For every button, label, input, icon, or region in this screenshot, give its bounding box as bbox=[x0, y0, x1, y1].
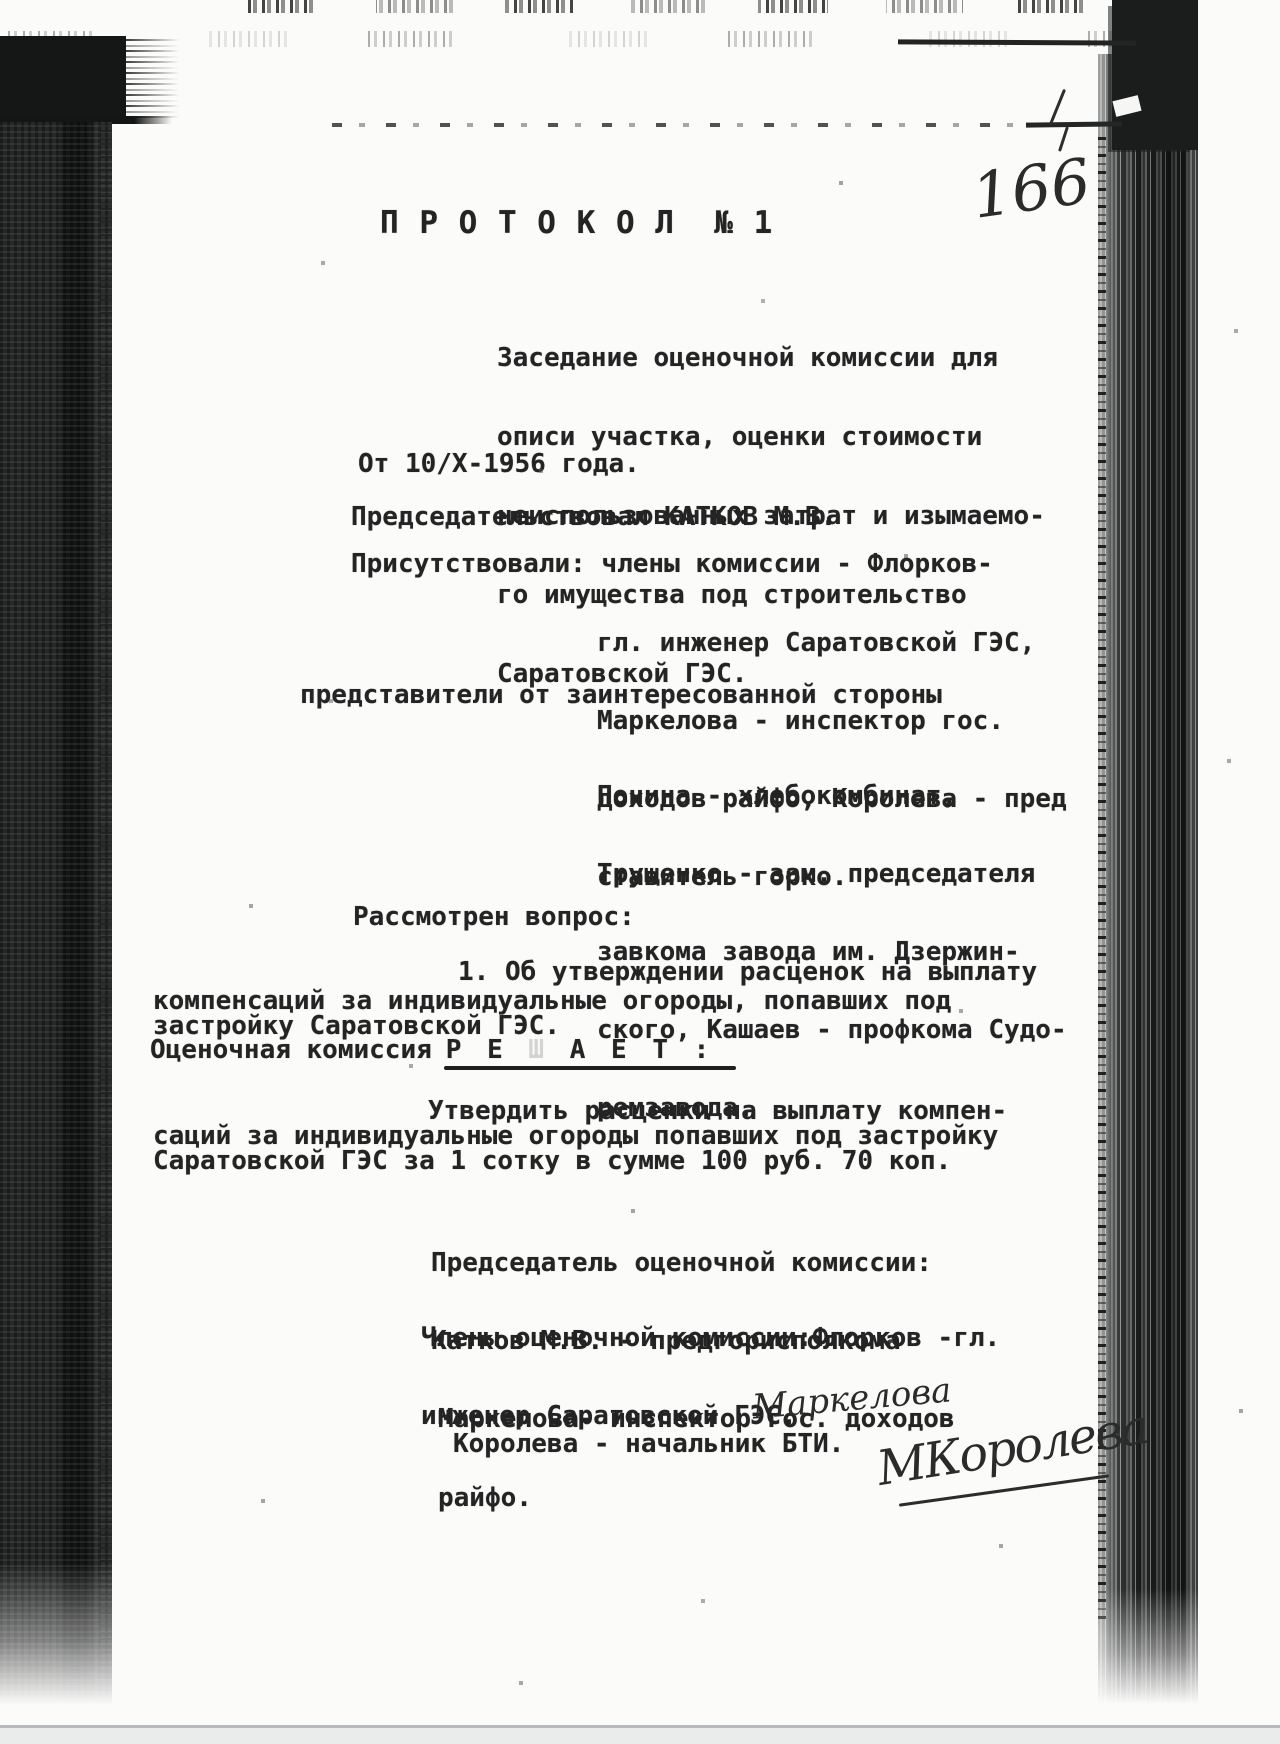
scan-left-edge bbox=[0, 122, 112, 1705]
scan-fringe bbox=[126, 38, 184, 118]
decision-lead: Оценочная комиссия bbox=[150, 1035, 432, 1065]
intro-line: Заседание оценочной комиссии для bbox=[497, 345, 1045, 372]
question-line: 1. Об утверждении расценок на выплату bbox=[458, 959, 1037, 985]
decision-underline bbox=[444, 1066, 736, 1070]
scan-notch bbox=[1112, 95, 1141, 117]
koroleva-title-line: Королева - начальник БТИ. bbox=[453, 1431, 844, 1457]
scan-bottom-strip bbox=[0, 1728, 1280, 1744]
decision-word-part: Р Е bbox=[446, 1035, 529, 1065]
representatives-list: Понина - хлебокомбинат, Трущенко - зам. … bbox=[597, 731, 1067, 1147]
scan-noise-top bbox=[248, 0, 1148, 13]
scan-right-corner-block bbox=[1112, 0, 1198, 150]
scan-speckles bbox=[0, 0, 2, 2]
representatives-heading: представители от заинтересованной сторон… bbox=[300, 682, 942, 708]
representative-line: Трущенко - зам. председателя bbox=[597, 861, 1067, 887]
decision-word-part: А Е Т : bbox=[549, 1035, 714, 1065]
attendees-line: Присутствовали: члены комиссии - Флорков… bbox=[351, 551, 993, 577]
document-title: П Р О Т О К О Л № 1 bbox=[380, 206, 773, 240]
representative-line: Понина - хлебокомбинат, bbox=[597, 783, 1067, 809]
scan-fringe bbox=[100, 122, 184, 1705]
attendees-cont-line: гл. инженер Саратовской ГЭС, bbox=[597, 630, 1067, 656]
scan-edge-ticks bbox=[1089, 134, 1106, 1619]
date-line: От 10/Х-1956 года. bbox=[358, 451, 640, 477]
scan-left-corner-block bbox=[0, 36, 126, 122]
decision-word-faint-letter: Ш bbox=[528, 1035, 549, 1065]
handwritten-check-mark bbox=[1049, 89, 1066, 125]
markelova-title-line: райфо. bbox=[438, 1485, 955, 1512]
handwritten-archive-page-number: 166 bbox=[967, 144, 1094, 233]
chairman-line: Председательствовал КАТКОВ М.В. bbox=[351, 504, 836, 530]
decision-line: Саратовской ГЭС за 1 сотку в сумме 100 р… bbox=[153, 1148, 951, 1174]
decision-heading: Оценочная комиссияР Е Ш А Е Т : bbox=[150, 1037, 714, 1063]
intro-line: описи участка, оценки стоимости bbox=[497, 424, 1045, 451]
scan-dotted-line bbox=[332, 123, 1032, 127]
question-heading: Рассмотрен вопрос: bbox=[353, 904, 635, 930]
members-signature-line: Члены оценочной комиссии:Флорков -гл. bbox=[421, 1325, 1000, 1351]
